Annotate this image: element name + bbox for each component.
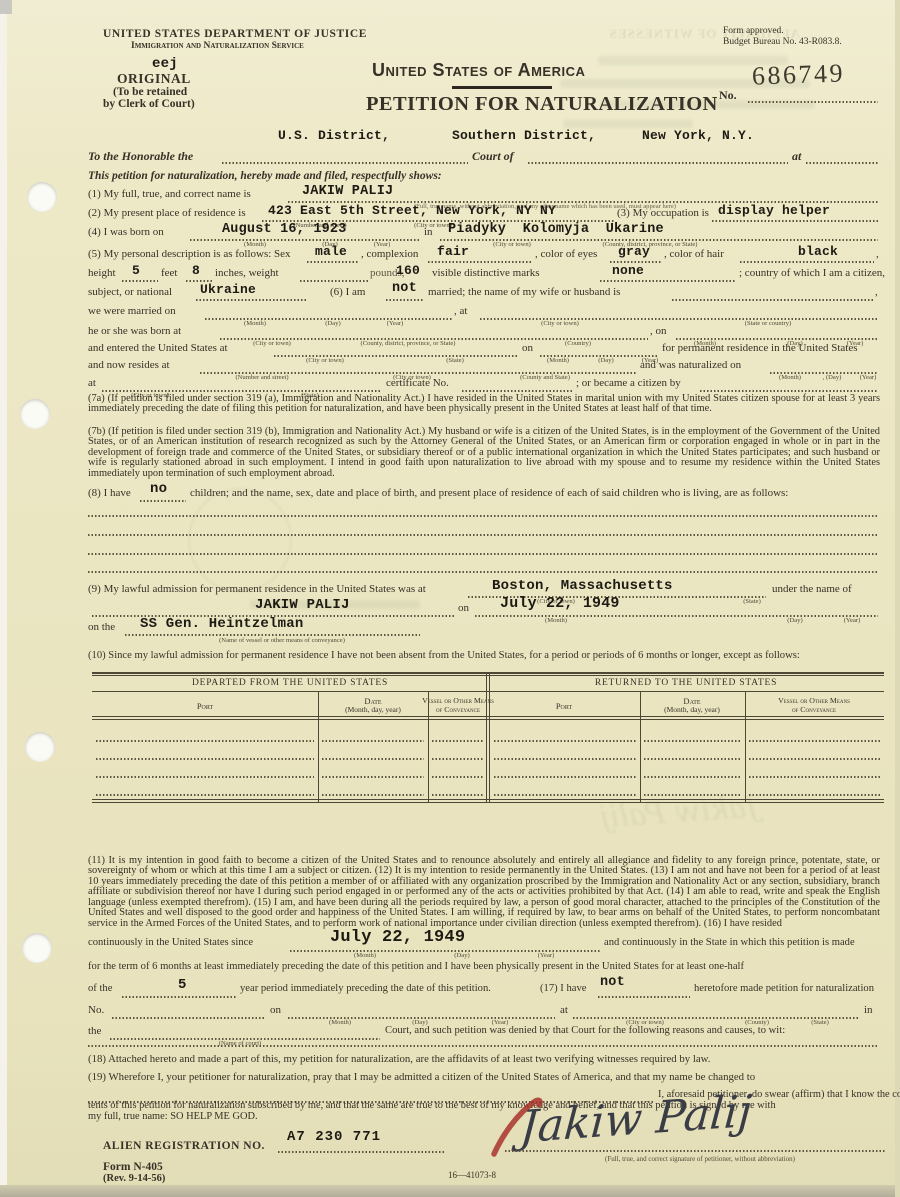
field6-label: (6) I am <box>330 286 365 298</box>
table-empty-cell <box>432 758 483 760</box>
table-empty-cell <box>96 758 314 760</box>
form-revision: (Rev. 9-14-56) <box>103 1173 165 1184</box>
field2-caption-city: (City or town) <box>414 222 452 229</box>
dotted-line <box>428 261 532 263</box>
table-empty-cell <box>96 776 314 778</box>
field9-date-value: July 22, 1949 <box>500 595 620 612</box>
caption-vessel: (Name of vessel or other means of convey… <box>219 637 345 644</box>
typed-district: Southern District, <box>452 128 596 143</box>
caption-month: (Month) <box>329 1019 351 1026</box>
dotted-line <box>748 101 878 103</box>
field17-on-label: on <box>270 1004 281 1016</box>
table-col-port: Port <box>556 701 572 711</box>
caption-year: (Year) <box>860 374 877 381</box>
field5-nationality-value: Ukraine <box>200 282 256 297</box>
marriage-line3-label: and entered the United States at <box>88 342 228 354</box>
dotted-line <box>480 318 878 320</box>
table-empty-cell <box>749 758 880 760</box>
marriage-line5-at: at <box>88 377 96 389</box>
form-approved-line2: Budget Bureau No. 43-R083.8. <box>723 37 842 47</box>
table-empty-cell <box>494 794 636 796</box>
field16-post: and continuously in the State in which t… <box>604 937 855 948</box>
caption-county-state: (County and State) <box>520 374 570 381</box>
at-label: at <box>792 149 801 164</box>
table-rule <box>92 672 884 674</box>
children-empty-row <box>88 553 878 555</box>
dotted-separator <box>88 1045 878 1047</box>
table-divider <box>318 691 319 803</box>
table-rule <box>92 799 884 800</box>
caption-day: (Day) <box>787 617 802 624</box>
scan-edge-left <box>0 0 7 1197</box>
caption-month: (Month) <box>547 357 569 364</box>
dotted-line <box>672 299 874 301</box>
dotted-line <box>122 996 236 998</box>
retained-note-line2: by Clerk of Court) <box>103 98 195 110</box>
table-col-vessel-sub: of Conveyance <box>436 705 480 714</box>
caption-year: (Year) <box>844 617 861 624</box>
table-empty-cell <box>432 740 483 742</box>
field16-years-value: 5 <box>178 977 187 993</box>
table-empty-cell <box>322 740 424 742</box>
field2-label: (2) My present place of residence is <box>88 207 246 219</box>
table-empty-cell <box>644 740 741 742</box>
dotted-line <box>528 162 788 164</box>
table-empty-cell <box>644 758 741 760</box>
field6-comma: , <box>875 286 878 298</box>
field5-complexion-value: fair <box>437 244 469 259</box>
caption-month: (Month) <box>244 241 266 248</box>
table-empty-cell <box>494 758 636 760</box>
marriage-line1-at: , at <box>454 305 467 317</box>
number-label: No. <box>719 88 737 103</box>
marriage-line3-on: on <box>522 342 533 354</box>
field5-feet-label: feet <box>161 267 177 279</box>
caption-day: (Day) <box>454 952 469 959</box>
table-divider <box>428 691 429 803</box>
table-empty-cell <box>322 794 424 796</box>
print-code: 16—41073-8 <box>448 1170 496 1180</box>
retained-note-line1: (To be retained <box>113 86 187 98</box>
caption-state-country: (State or country) <box>745 320 792 327</box>
field4-label: (4) I was born on <box>88 226 164 238</box>
field5-comma: , <box>876 248 879 260</box>
field6-married-value: not <box>392 281 417 296</box>
field5-eyes-label: , color of eyes <box>535 248 597 260</box>
dotted-line <box>112 1017 265 1019</box>
field5-height-inches-value: 8 <box>192 263 200 278</box>
marriage-line4-label: and now resides at <box>88 359 170 371</box>
field5-weight-label: inches, weight <box>215 267 279 279</box>
dotted-line <box>598 996 690 998</box>
caption-month: (Month) <box>354 952 376 959</box>
children-empty-row <box>88 515 878 517</box>
oath-line3: my full, true name: SO HELP ME GOD. <box>88 1111 258 1122</box>
punch-hole <box>22 933 52 963</box>
dotted-line <box>125 634 420 636</box>
table-rule <box>92 675 884 676</box>
caption-city: (City or town) <box>306 357 344 364</box>
dotted-line <box>806 162 878 164</box>
dotted-line <box>196 299 308 301</box>
scan-edge-corner <box>0 0 12 14</box>
caption-month: (Month) <box>244 320 266 327</box>
caption-city: (City or town) <box>541 320 579 327</box>
dotted-line <box>222 162 468 164</box>
table-empty-cell <box>749 794 880 796</box>
dotted-line <box>700 390 878 392</box>
table-col-vessel: Vessel or Other Means <box>778 696 850 705</box>
paragraph-11-16: (11) It is my intention in good faith to… <box>88 856 880 929</box>
field17-at-label: at <box>560 1004 568 1016</box>
form-approved-line1: Form approved. <box>723 26 784 36</box>
table-empty-cell <box>432 794 483 796</box>
table-empty-cell <box>749 740 880 742</box>
field4-birthdate-value: August 16, 1923 <box>222 222 347 237</box>
signature-caption: (Full, true, and correct signature of pe… <box>605 1155 795 1163</box>
caption-city: (City or town) <box>253 340 291 347</box>
caption-month: (Month) <box>545 617 567 624</box>
field9-port-value: Boston, Massachusetts <box>492 578 673 594</box>
dotted-line <box>307 261 359 263</box>
petition-shows-line: This petition for naturalization, hereby… <box>88 170 442 182</box>
field9-on-the-label: on the <box>88 621 115 633</box>
table-empty-cell <box>432 776 483 778</box>
field8-pre: (8) I have <box>88 487 131 499</box>
table-empty-cell <box>322 758 424 760</box>
field5-weight-value: 160 <box>396 263 420 278</box>
field17-the-label: the <box>88 1025 101 1037</box>
table-divider <box>640 691 641 803</box>
field1-name-value: JAKIW PALIJ <box>302 184 393 199</box>
field8-post: children; and the name, sex, date and pl… <box>190 487 788 499</box>
bleedthrough-stamp-circle <box>188 488 292 592</box>
caption-street: (Number and street) <box>235 374 288 381</box>
caption-year: (Year) <box>538 952 555 959</box>
field9-name-value: JAKIW PALIJ <box>255 597 350 613</box>
field16-line2: for the term of 6 months at least immedi… <box>88 961 744 972</box>
bleedthrough-signature: Jakiw Palij <box>599 790 759 836</box>
scan-edge-right <box>895 0 900 1197</box>
marriage-line3-rest: for permanent residence in the United St… <box>662 342 858 354</box>
punch-hole <box>20 399 50 429</box>
field1-label: (1) My full, true, and correct name is <box>88 188 251 200</box>
field16-date-value: July 22, 1949 <box>330 928 465 947</box>
field9-label: (9) My lawful admission for permanent re… <box>88 583 426 595</box>
table-col-date-sub: (Month, day, year) <box>345 705 401 714</box>
table-divider <box>745 691 746 803</box>
caption-month: (Month) <box>779 374 801 381</box>
caption-country: (Country) <box>565 340 591 347</box>
honorable-label: To the Honorable the <box>88 149 193 164</box>
alien-registration-value: A7 230 771 <box>287 1129 381 1145</box>
dotted-line <box>386 299 424 301</box>
caption-day: , (Day) <box>823 374 842 381</box>
table-divider <box>489 672 490 803</box>
field16-post3: year period immediately preceding the da… <box>240 983 491 994</box>
field9-under-label: under the name of <box>772 583 852 595</box>
field5-label: (5) My personal description is as follow… <box>88 248 291 260</box>
table-rule <box>92 716 884 717</box>
dotted-line <box>475 615 878 617</box>
dotted-line <box>462 390 574 392</box>
field10-label: (10) Since my lawful admission for perma… <box>88 650 800 661</box>
field4-in-label: in <box>424 226 433 238</box>
field17-court-rest: Court, and such petition was denied by t… <box>385 1025 785 1036</box>
marriage-line4-rest: and was naturalized on <box>640 359 741 371</box>
caption-year: (Year) <box>387 320 404 327</box>
table-empty-cell <box>494 776 636 778</box>
caption-day: (Day) <box>325 320 340 327</box>
field17-in-label: in <box>864 1004 873 1016</box>
table-rule <box>92 802 884 803</box>
field5-height-label: height <box>88 267 116 279</box>
caption-day: (Day) <box>598 357 613 364</box>
table-right-title: RETURNED TO THE UNITED STATES <box>595 678 777 688</box>
table-empty-cell <box>749 776 880 778</box>
field5-marks-value: none <box>612 263 644 278</box>
caption-state: (State) <box>743 598 761 605</box>
field4-birthplace-value: Piadyky Kolomyja Ukarine <box>448 222 664 237</box>
original-label: ORIGINAL <box>117 71 191 87</box>
dotted-line <box>740 261 874 263</box>
punch-hole <box>27 182 57 212</box>
field3-label: (3) My occupation is <box>617 207 709 219</box>
field5-complexion-label: , complexion <box>361 248 418 260</box>
country-heading: United States of America <box>372 60 585 81</box>
dotted-line <box>140 500 186 502</box>
table-rule <box>92 719 884 720</box>
dotted-line <box>600 280 736 282</box>
heading-underline <box>452 86 552 89</box>
marriage-line5-cert: certificate No. <box>386 377 449 389</box>
alien-registration-label: ALIEN REGISTRATION NO. <box>103 1140 265 1152</box>
table-empty-cell <box>322 776 424 778</box>
marriage-line2-on: , on <box>650 325 667 337</box>
caption-year: (Year) <box>374 241 391 248</box>
dotted-line <box>505 1150 886 1152</box>
form-number: Form N-405 <box>103 1161 163 1173</box>
field17-post: heretofore made petition for naturalizat… <box>694 983 874 994</box>
petition-number-stamp: 686749 <box>752 58 846 91</box>
field17-not-value: not <box>600 975 625 990</box>
field5-marks-label: visible distinctive marks <box>432 267 540 279</box>
paragraph-7a: (7a) (If petition is filed under section… <box>88 394 880 415</box>
marriage-line5-rest: ; or became a citizen by <box>576 377 681 389</box>
field2-residence-value: 423 East 5th Street, New York, NY NY <box>268 203 556 218</box>
field16-pre3: of the <box>88 983 112 994</box>
field5-sex-value: male <box>315 244 347 259</box>
typed-location: New York, N.Y. <box>642 128 754 143</box>
table-empty-cell <box>96 794 314 796</box>
field16-pre: continuously in the United States since <box>88 937 253 948</box>
caption-county: (County, district, province, or State) <box>361 340 456 347</box>
marriage-line2-label: he or she was born at <box>88 325 181 337</box>
paragraph-7b: (7b) (If petition is filed under section… <box>88 427 880 479</box>
petition-for-naturalization-document: AFFIDAVIT OF WITNESSES Jakiw Palij UNITE… <box>0 0 900 1197</box>
field5-subject-label: subject, or national <box>88 286 172 298</box>
field5-citizen-label: ; country of which I am a citizen, <box>739 267 885 279</box>
table-col-vessel-sub: of Conveyance <box>792 705 836 714</box>
field5-height-feet-value: 5 <box>132 263 140 278</box>
field18-label: (18) Attached hereto and made a part of … <box>88 1053 710 1065</box>
handwritten-initials: eej <box>152 56 178 72</box>
field5-hair-label: , color of hair <box>664 248 724 260</box>
marriage-line1-label: we were married on <box>88 305 176 317</box>
table-empty-cell <box>644 794 741 796</box>
field9-on-label: on <box>458 602 469 614</box>
agency-name: UNITED STATES DEPARTMENT OF JUSTICE <box>103 28 367 40</box>
caption-city: (City or town) <box>493 241 531 248</box>
table-rule <box>92 691 884 692</box>
table-col-port: Port <box>197 701 213 711</box>
scan-edge-bottom <box>0 1185 900 1197</box>
agency-service: Immigration and Naturalization Service <box>131 41 304 51</box>
bleedthrough-smudge <box>563 120 693 128</box>
table-divider <box>486 672 487 803</box>
table-col-date-sub: (Month, day, year) <box>664 705 720 714</box>
form-title: PETITION FOR NATURALIZATION <box>366 93 718 116</box>
field19-line1: (19) Wherefore I, your petitioner for na… <box>88 1071 755 1083</box>
dotted-line <box>278 1151 445 1153</box>
table-col-vessel: Vessel or Other Means <box>422 696 494 705</box>
children-empty-row <box>88 534 878 536</box>
field9-vessel-value: SS Gen. Heintzelman <box>140 616 303 632</box>
field17-no-label: No. <box>88 1004 104 1016</box>
table-empty-cell <box>644 776 741 778</box>
table-empty-cell <box>96 740 314 742</box>
field8-children-value: no <box>150 481 167 497</box>
court-of-label: Court of <box>472 149 514 164</box>
field17-pre: (17) I have <box>540 983 586 994</box>
field6-rest-label: married; the name of my wife or husband … <box>428 286 620 298</box>
typed-court: U.S. District, <box>278 128 390 143</box>
dotted-line <box>712 220 878 222</box>
caption-state: (State) <box>811 1019 829 1026</box>
punch-hole <box>25 732 55 762</box>
field5-hair-value: black <box>798 244 838 259</box>
caption-state: (State) <box>446 357 464 364</box>
table-empty-cell <box>494 740 636 742</box>
table-left-title: DEPARTED FROM THE UNITED STATES <box>192 678 388 688</box>
children-empty-row <box>88 571 878 573</box>
field3-occupation-value: display helper <box>718 203 830 218</box>
field5-eyes-value: gray <box>618 244 650 259</box>
dotted-line <box>122 280 158 282</box>
dotted-line <box>300 280 368 282</box>
